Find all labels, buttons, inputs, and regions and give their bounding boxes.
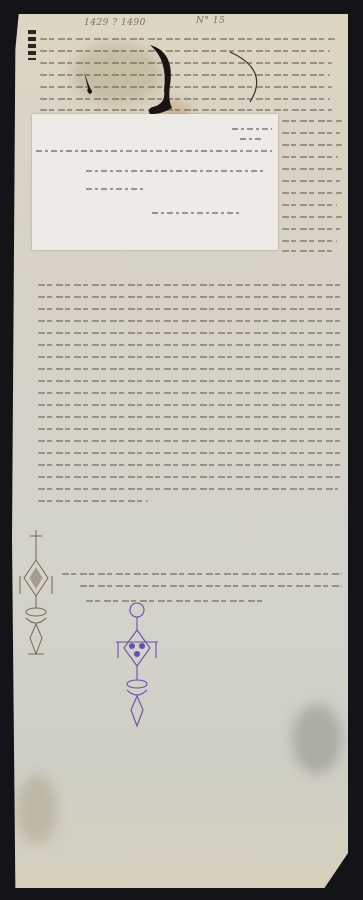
attached-paper-note: 1499, 9 maggio Udine Della Scola ... ...… [32,114,278,250]
initial-letter-mark [28,30,36,60]
purple-notarial-sign-icon [112,600,162,730]
ink-blot [120,40,190,120]
date-annotation: 1429 ? 1490 [84,18,146,28]
edge-stain [17,774,57,844]
folio-annotation: N° 15 [196,16,225,26]
shadow-stain [292,704,342,774]
ink-mark [80,70,100,100]
brown-notarial-sign-icon [16,528,56,668]
curved-ink-line [220,50,280,110]
